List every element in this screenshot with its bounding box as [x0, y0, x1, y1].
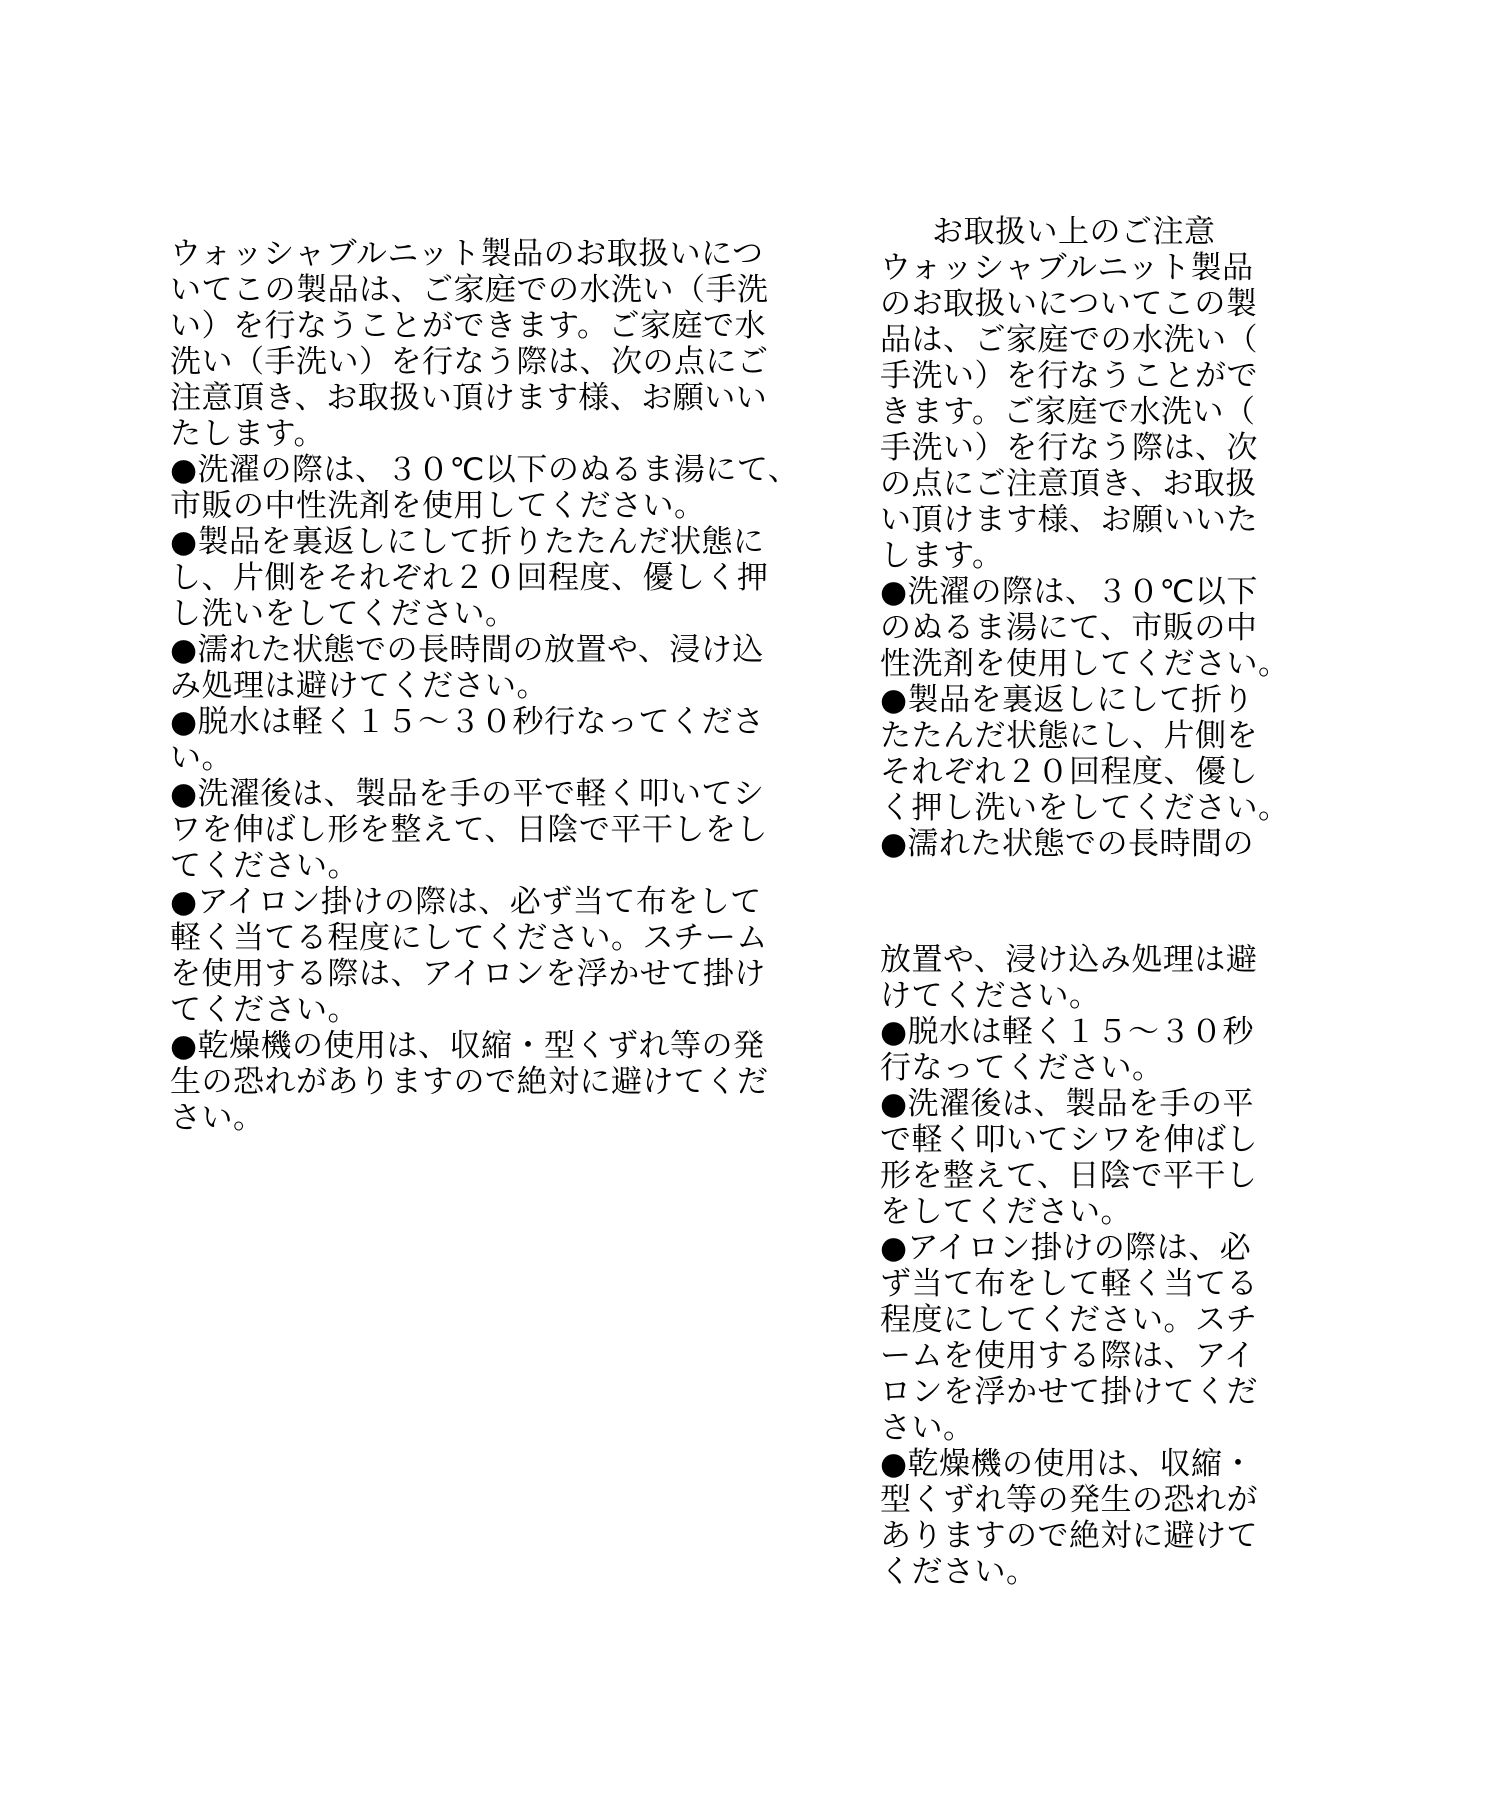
- text-line: ロンを浮かせて掛けてくだ: [880, 1374, 1300, 1410]
- text-line: をしてください。: [880, 1194, 1300, 1230]
- text-line: し、片側をそれぞれ２０回程度、優しく押: [170, 560, 850, 596]
- text-line: ず当て布をして軽く当てる: [880, 1266, 1300, 1302]
- text-line: たします。: [170, 416, 850, 452]
- text-line: けてください。: [880, 978, 1300, 1014]
- text-line: ームを使用する際は、アイ: [880, 1338, 1300, 1374]
- text-line: 行なってください。: [880, 1050, 1300, 1086]
- text-line: いてこの製品は、ご家庭での水洗い（手洗: [170, 272, 850, 308]
- text-line: い。: [170, 740, 850, 776]
- text-line: ウォッシャブルニット製品のお取扱いにつ: [170, 236, 850, 272]
- text-line: を使用する際は、アイロンを浮かせて掛け: [170, 956, 850, 992]
- bullet-line: ●アイロン掛けの際は、必ず当て布をして: [170, 884, 850, 920]
- text-line: ワを伸ばし形を整えて、日陰で平干しをし: [170, 812, 850, 848]
- bullet-line: ●乾燥機の使用は、収縮・: [880, 1446, 1300, 1482]
- text-line: します。: [880, 538, 1300, 574]
- text-line: 生の恐れがありますので絶対に避けてくだ: [170, 1064, 850, 1100]
- text-line: 市販の中性洗剤を使用してください。: [170, 488, 850, 524]
- care-instructions-right-column-bottom: 放置や、浸け込み処理は避 けてください。 ●脱水は軽く１５～３０秒 行なってくだ…: [880, 942, 1300, 1590]
- bullet-line: ●洗濯後は、製品を手の平: [880, 1086, 1300, 1122]
- text-line: い頂けます様、お願いいた: [880, 502, 1300, 538]
- bullet-line: ●濡れた状態での長時間の放置や、浸け込: [170, 632, 850, 668]
- text-line: し洗いをしてください。: [170, 596, 850, 632]
- bullet-line: ●洗濯の際は、３０℃以下: [880, 574, 1300, 610]
- bullet-line: ●製品を裏返しにして折りたたんだ状態に: [170, 524, 850, 560]
- bullet-line: ●製品を裏返しにして折り: [880, 682, 1300, 718]
- text-line: てください。: [170, 848, 850, 884]
- text-line: ください。: [880, 1554, 1300, 1590]
- section-heading: お取扱い上のご注意: [880, 214, 1300, 250]
- text-line: 手洗い）を行なうことがで: [880, 358, 1300, 394]
- text-line: さい。: [880, 1410, 1300, 1446]
- bullet-line: ●脱水は軽く１５～３０秒行なってくださ: [170, 704, 850, 740]
- care-instructions-left-column: ウォッシャブルニット製品のお取扱いにつ いてこの製品は、ご家庭での水洗い（手洗 …: [170, 236, 850, 1136]
- text-line: の点にご注意頂き、お取扱: [880, 466, 1300, 502]
- text-line: 注意頂き、お取扱い頂けます様、お願いい: [170, 380, 850, 416]
- text-line: い）を行なうことができます。ご家庭で水: [170, 308, 850, 344]
- bullet-line: ●脱水は軽く１５～３０秒: [880, 1014, 1300, 1050]
- text-line: 放置や、浸け込み処理は避: [880, 942, 1300, 978]
- text-line: 性洗剤を使用してください。: [880, 646, 1300, 682]
- bullet-line: ●アイロン掛けの際は、必: [880, 1230, 1300, 1266]
- text-line: のぬるま湯にて、市販の中: [880, 610, 1300, 646]
- bullet-line: ●洗濯の際は、３０℃以下のぬるま湯にて、: [170, 452, 850, 488]
- text-line: く押し洗いをしてください。: [880, 790, 1300, 826]
- bullet-line: ●濡れた状態での長時間の: [880, 826, 1300, 862]
- text-line: 品は、ご家庭での水洗い（: [880, 322, 1300, 358]
- bullet-line: ●乾燥機の使用は、収縮・型くずれ等の発: [170, 1028, 850, 1064]
- text-line: 程度にしてください。スチ: [880, 1302, 1300, 1338]
- text-line: のお取扱いについてこの製: [880, 286, 1300, 322]
- text-line: たたんだ状態にし、片側を: [880, 718, 1300, 754]
- text-line: み処理は避けてください。: [170, 668, 850, 704]
- text-line: ウォッシャブルニット製品: [880, 250, 1300, 286]
- text-line: さい。: [170, 1100, 850, 1136]
- care-instructions-right-column-top: お取扱い上のご注意 ウォッシャブルニット製品 のお取扱いについてこの製 品は、ご…: [880, 214, 1300, 862]
- text-line: それぞれ２０回程度、優し: [880, 754, 1300, 790]
- text-line: きます。ご家庭で水洗い（: [880, 394, 1300, 430]
- text-line: で軽く叩いてシワを伸ばし: [880, 1122, 1300, 1158]
- text-line: ありますので絶対に避けて: [880, 1518, 1300, 1554]
- text-line: 形を整えて、日陰で平干し: [880, 1158, 1300, 1194]
- text-line: 型くずれ等の発生の恐れが: [880, 1482, 1300, 1518]
- text-line: てください。: [170, 992, 850, 1028]
- text-line: 軽く当てる程度にしてください。スチーム: [170, 920, 850, 956]
- bullet-line: ●洗濯後は、製品を手の平で軽く叩いてシ: [170, 776, 850, 812]
- text-line: 洗い（手洗い）を行なう際は、次の点にご: [170, 344, 850, 380]
- text-line: 手洗い）を行なう際は、次: [880, 430, 1300, 466]
